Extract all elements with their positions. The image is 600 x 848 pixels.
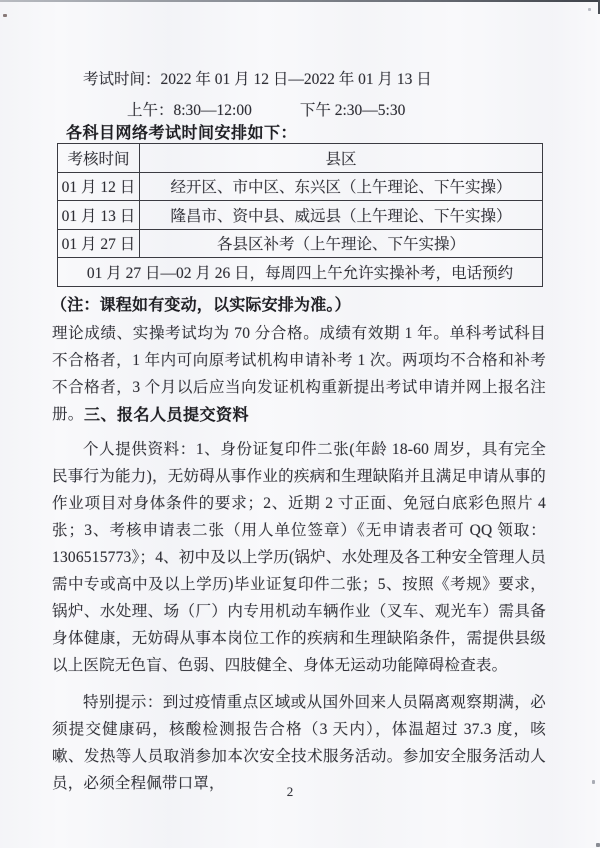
table-cell-date: 01 月 27 日 <box>58 229 140 258</box>
scan-speck <box>3 14 7 17</box>
materials-required-paragraph: 个人提供资料：1、身份证复印件二张(年龄 18-60 周岁，具有完全民事行为能力… <box>52 436 546 679</box>
exam-time-line: 考试时间：2022 年 01 月 12 日—2022 年 01 月 13 日 <box>83 70 432 89</box>
section-heading: 三、报名人员提交资料 <box>84 406 249 426</box>
scan-speck <box>592 780 595 784</box>
session-times-line: 上午：8:30—12:00下午 2:30—5:30 <box>127 101 405 120</box>
scan-speck <box>596 843 600 847</box>
scan-speck <box>588 8 591 11</box>
afternoon-session-time: 下午 2:30—5:30 <box>300 102 406 119</box>
table-cell-date: 01 月 13 日 <box>58 201 140 230</box>
scan-edge-artifact-top <box>0 0 600 2</box>
schedule-table: 考核时间 县区 01 月 12 日 经开区、市中区、东兴区（上午理论、下午实操）… <box>57 143 543 287</box>
special-notice-paragraph: 特别提示：到过疫情重点区域或从国外回来人员隔离观察期满，必须提交健康码，核酸检测… <box>52 689 546 797</box>
table-header-district: 县区 <box>140 144 543 173</box>
table-cell-date: 01 月 12 日 <box>58 172 140 201</box>
schedule-intro-heading: 各科目网络考试时间安排如下： <box>66 124 297 144</box>
scanned-document-page: 考试时间：2022 年 01 月 12 日—2022 年 01 月 13 日 上… <box>0 0 600 848</box>
table-row: 01 月 12 日 经开区、市中区、东兴区（上午理论、下午实操） <box>58 172 543 201</box>
table-row: 01 月 27 日 各县区补考（上午理论、下午实操） <box>58 229 543 258</box>
table-row: 01 月 13 日 隆昌市、资中县、威远县（上午理论、下午实操） <box>58 201 543 230</box>
table-footer-row: 01 月 27 日—02 月 26 日，每周四上午允许实操补考，电话预约 <box>58 258 543 287</box>
table-cell-districts: 经开区、市中区、东兴区（上午理论、下午实操） <box>140 172 543 201</box>
table-footer-cell: 01 月 27 日—02 月 26 日，每周四上午允许实操补考，电话预约 <box>58 258 543 287</box>
table-header-row: 考核时间 县区 <box>58 144 543 173</box>
table-cell-districts: 各县区补考（上午理论、下午实操） <box>140 229 543 258</box>
table-cell-districts: 隆昌市、资中县、威远县（上午理论、下午实操） <box>140 201 543 230</box>
table-header-time: 考核时间 <box>58 144 140 173</box>
morning-session-time: 上午：8:30—12:00 <box>127 102 252 119</box>
note-line: （注：课程如有变动，以实际安排为准。） <box>51 296 351 316</box>
page-number: 2 <box>0 784 580 800</box>
